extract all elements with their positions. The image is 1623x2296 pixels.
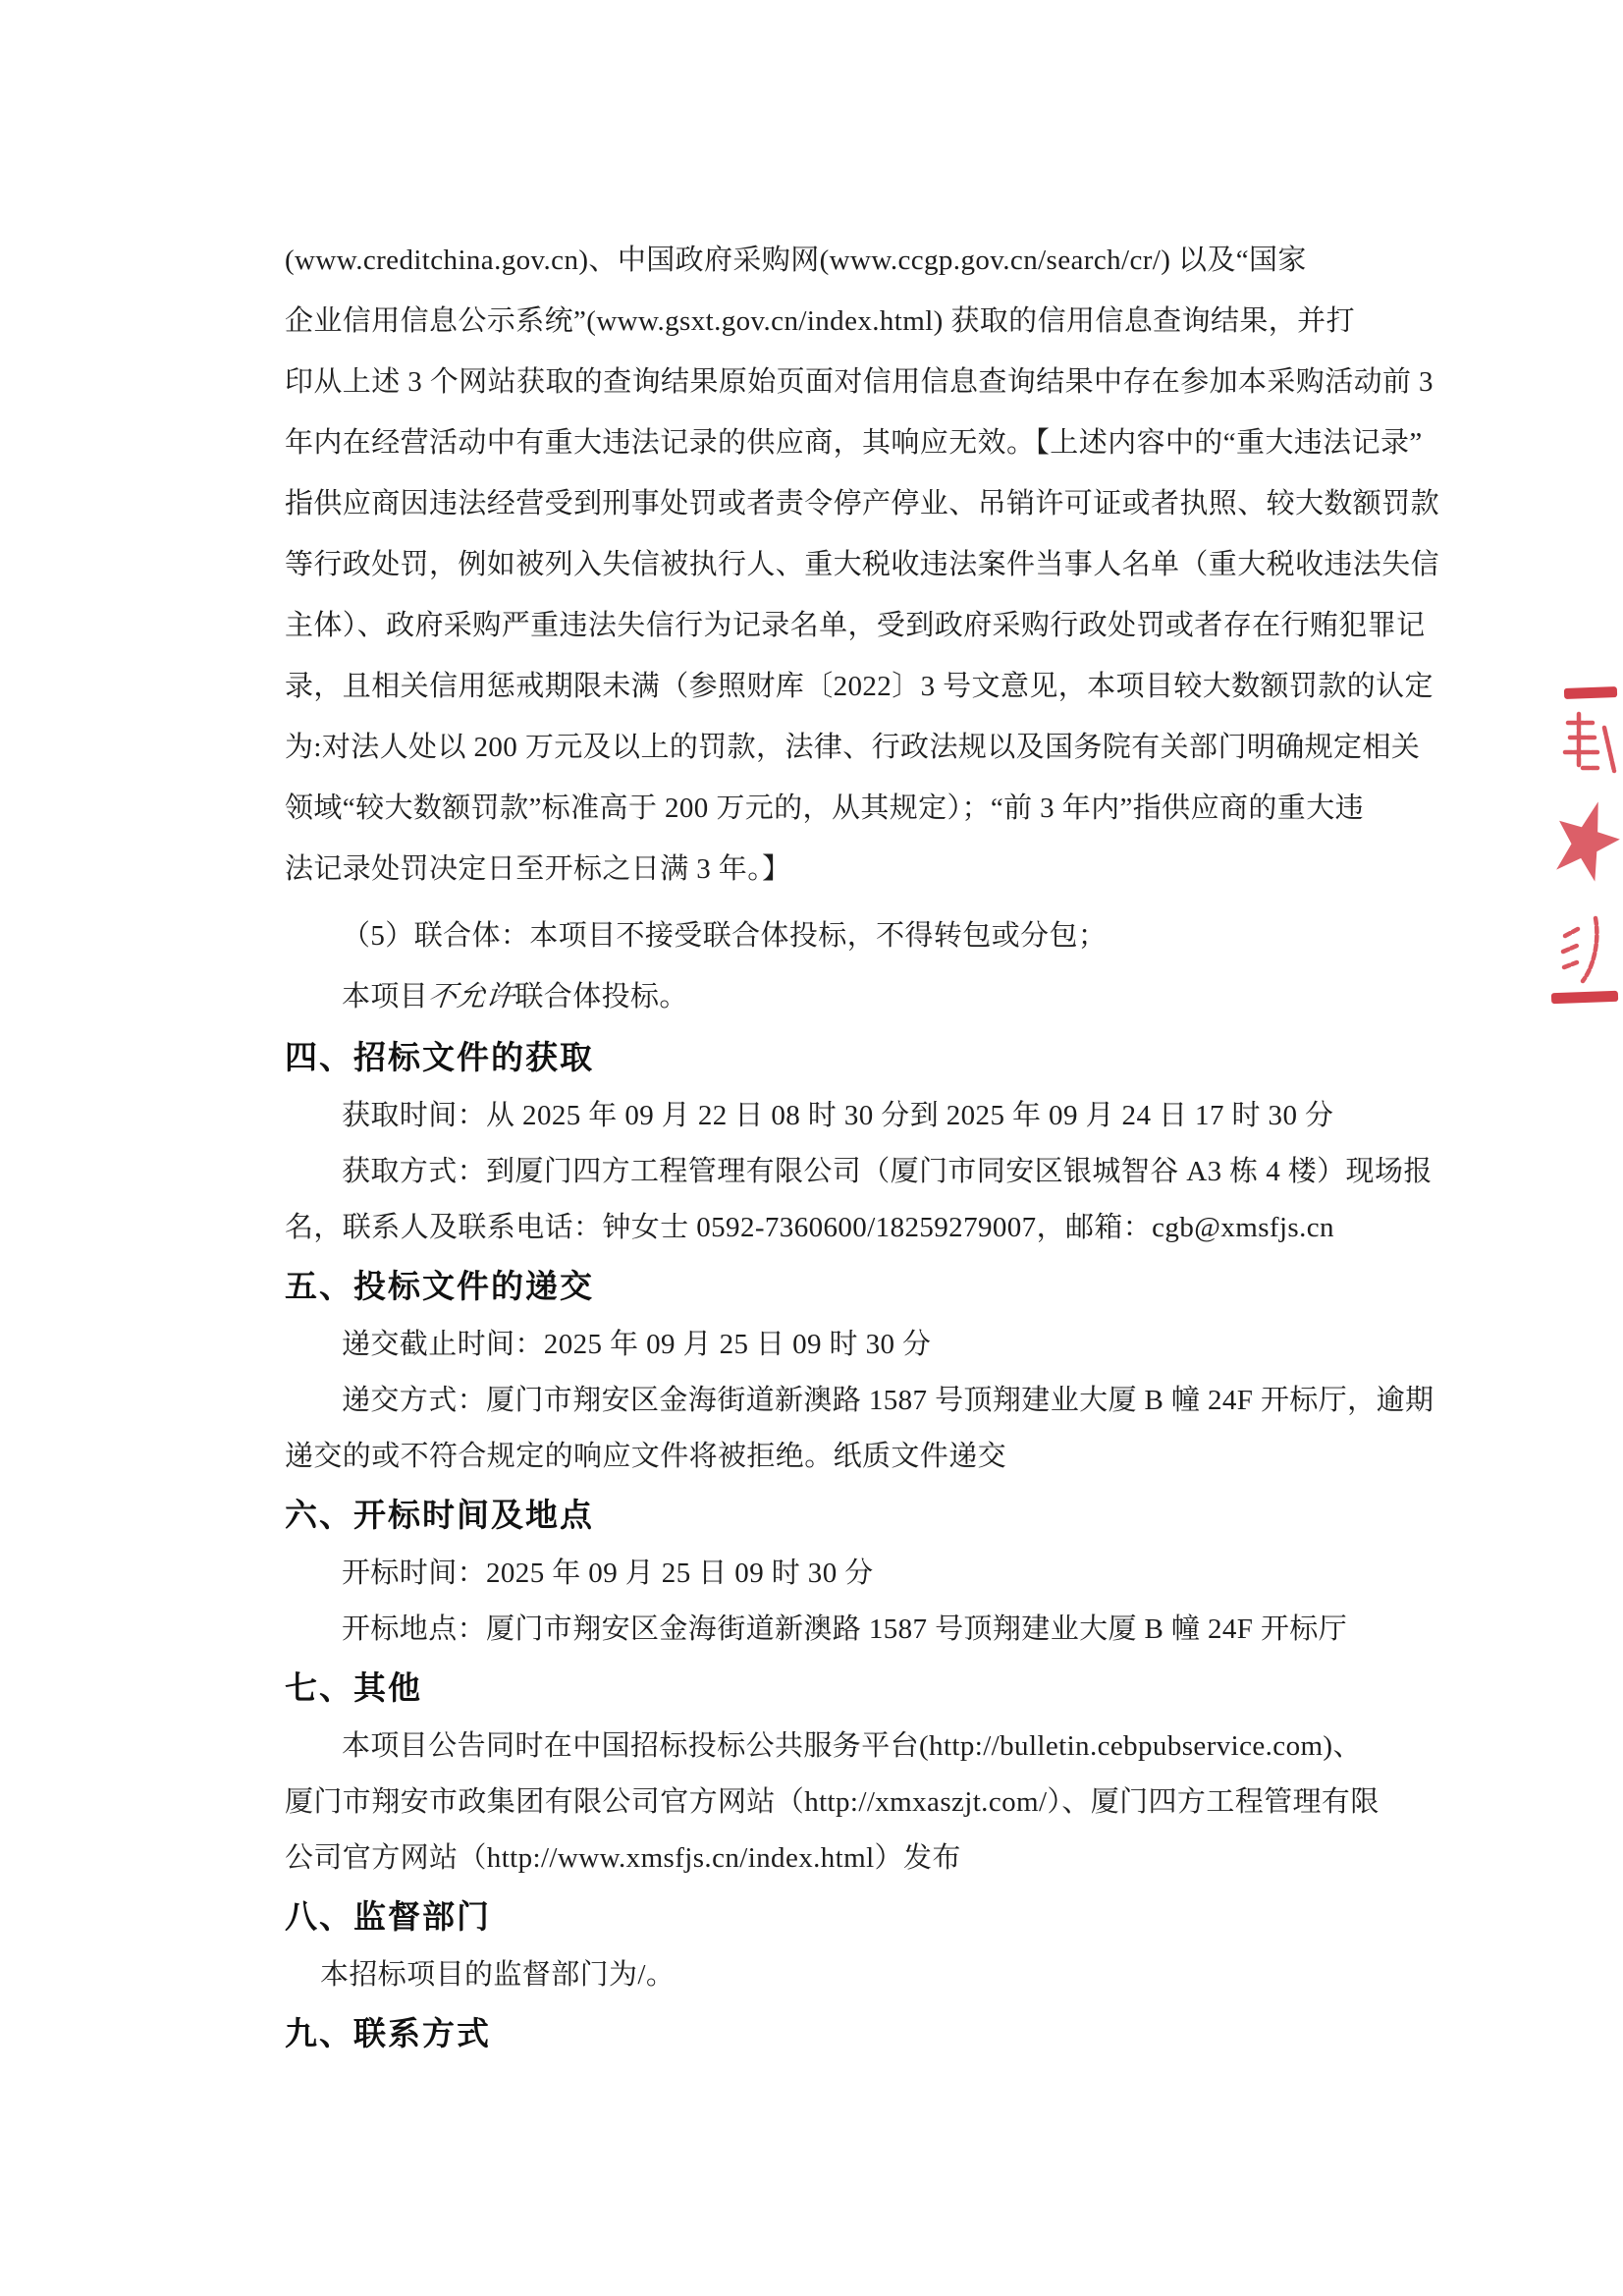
joint-venture-note: 本项目不允许联合体投标。 xyxy=(285,966,1392,1027)
section-line: 获取方式：到厦门四方工程管理有限公司（厦门市同安区银城智谷 A3 栋 4 楼）现… xyxy=(285,1144,1392,1200)
paragraph-line: 指供应商因违法经营受到刑事处罚或者责令停产停业、吊销许可证或者执照、较大数额罚款 xyxy=(285,473,1392,534)
section-heading: 六、开标时间及地点 xyxy=(285,1485,1392,1546)
item-5-joint-venture: （5）联合体：本项目不接受联合体投标，不得转包或分包； xyxy=(285,905,1392,966)
section-bid-opening: 六、开标时间及地点 开标时间：2025 年 09 月 25 日 09 时 30 … xyxy=(285,1485,1392,1658)
paragraph-line: 录，且相关信用惩戒期限未满（参照财库〔2022〕3 号文意见，本项目较大数额罚款… xyxy=(285,656,1392,717)
section-line: 递交方式：厦门市翔安区金海街道新澳路 1587 号顶翔建业大厦 B 幢 24F … xyxy=(285,1373,1392,1429)
section-line: 递交截止时间：2025 年 09 月 25 日 09 时 30 分 xyxy=(285,1317,1392,1373)
section-line: 开标地点：厦门市翔安区金海街道新澳路 1587 号顶翔建业大厦 B 幢 24F … xyxy=(285,1602,1392,1658)
section-heading: 五、投标文件的递交 xyxy=(285,1256,1392,1317)
seal-character-fragment-top xyxy=(1565,714,1614,771)
section-heading: 四、招标文件的获取 xyxy=(285,1027,1392,1088)
section-heading: 八、监督部门 xyxy=(285,1886,1392,1947)
section-line: 本招标项目的监督部门为/。 xyxy=(285,1947,1392,2003)
paragraph-line: (www.creditchina.gov.cn)、中国政府采购网(www.ccg… xyxy=(285,230,1392,291)
note-prefix: 本项目 xyxy=(342,981,428,1012)
note-suffix: 联合体投标。 xyxy=(514,981,687,1012)
seal-top-bar xyxy=(1564,686,1617,699)
section-line: 获取时间：从 2025 年 09 月 22 日 08 时 30 分到 2025 … xyxy=(285,1088,1392,1144)
seal-bottom-bar xyxy=(1551,991,1618,1004)
section-obtain-documents: 四、招标文件的获取 获取时间：从 2025 年 09 月 22 日 08 时 3… xyxy=(285,1027,1392,1256)
paragraph-line: 领域“较大数额罚款”标准高于 200 万元的，从其规定）；“前 3 年内”指供应… xyxy=(285,778,1392,839)
document-body: (www.creditchina.gov.cn)、中国政府采购网(www.ccg… xyxy=(285,230,1392,2064)
note-italic-emphasis: 不允许 xyxy=(425,966,518,1027)
section-bid-submission: 五、投标文件的递交 递交截止时间：2025 年 09 月 25 日 09 时 3… xyxy=(285,1256,1392,1485)
paragraph-line: 为:对法人处以 200 万元及以上的罚款，法律、行政法规以及国务院有关部门明确规… xyxy=(285,717,1392,778)
section-line: 名，联系人及联系电话：钟女士 0592-7360600/18259279007，… xyxy=(285,1200,1392,1256)
paragraph-line: 印从上述 3 个网站获取的查询结果原始页面对信用信息查询结果中存在参加本采购活动… xyxy=(285,352,1392,412)
section-line: 厦门市翔安市政集团有限公司官方网站（http://xmxaszjt.com/）、… xyxy=(285,1775,1392,1831)
section-line: 开标时间：2025 年 09 月 25 日 09 时 30 分 xyxy=(285,1546,1392,1602)
paragraph-line: 企业信用信息公示系统”(www.gsxt.gov.cn/index.html) … xyxy=(285,291,1392,352)
document-page: (www.creditchina.gov.cn)、中国政府采购网(www.ccg… xyxy=(0,0,1623,2296)
section-supervision: 八、监督部门 本招标项目的监督部门为/。 xyxy=(285,1886,1392,2003)
paragraph-line: 法记录处罚决定日至开标之日满 3 年。】 xyxy=(285,839,1392,900)
seal-character-fragment-bottom xyxy=(1563,918,1596,981)
official-seal-stamp xyxy=(1549,683,1623,1016)
section-heading: 九、联系方式 xyxy=(285,2003,1392,2064)
paragraph-line: 年内在经营活动中有重大违法记录的供应商，其响应无效。【上述内容中的“重大违法记录… xyxy=(285,412,1392,473)
seal-star-icon xyxy=(1549,793,1623,885)
paragraph-line: 主体）、政府采购严重违法失信行为记录名单，受到政府采购行政处罚或者存在行贿犯罪记 xyxy=(285,595,1392,656)
paragraph-line: 等行政处罚，例如被列入失信被执行人、重大税收违法案件当事人名单（重大税收违法失信 xyxy=(285,534,1392,595)
section-line: 本项目公告同时在中国招标投标公共服务平台(http://bulletin.ceb… xyxy=(285,1719,1392,1775)
section-contact: 九、联系方式 xyxy=(285,2003,1392,2064)
section-heading: 七、其他 xyxy=(285,1658,1392,1719)
section-line: 递交的或不符合规定的响应文件将被拒绝。纸质文件递交 xyxy=(285,1429,1392,1485)
section-others: 七、其他 本项目公告同时在中国招标投标公共服务平台(http://bulleti… xyxy=(285,1658,1392,1886)
section-line: 公司官方网站（http://www.xmsfjs.cn/index.html）发… xyxy=(285,1831,1392,1886)
